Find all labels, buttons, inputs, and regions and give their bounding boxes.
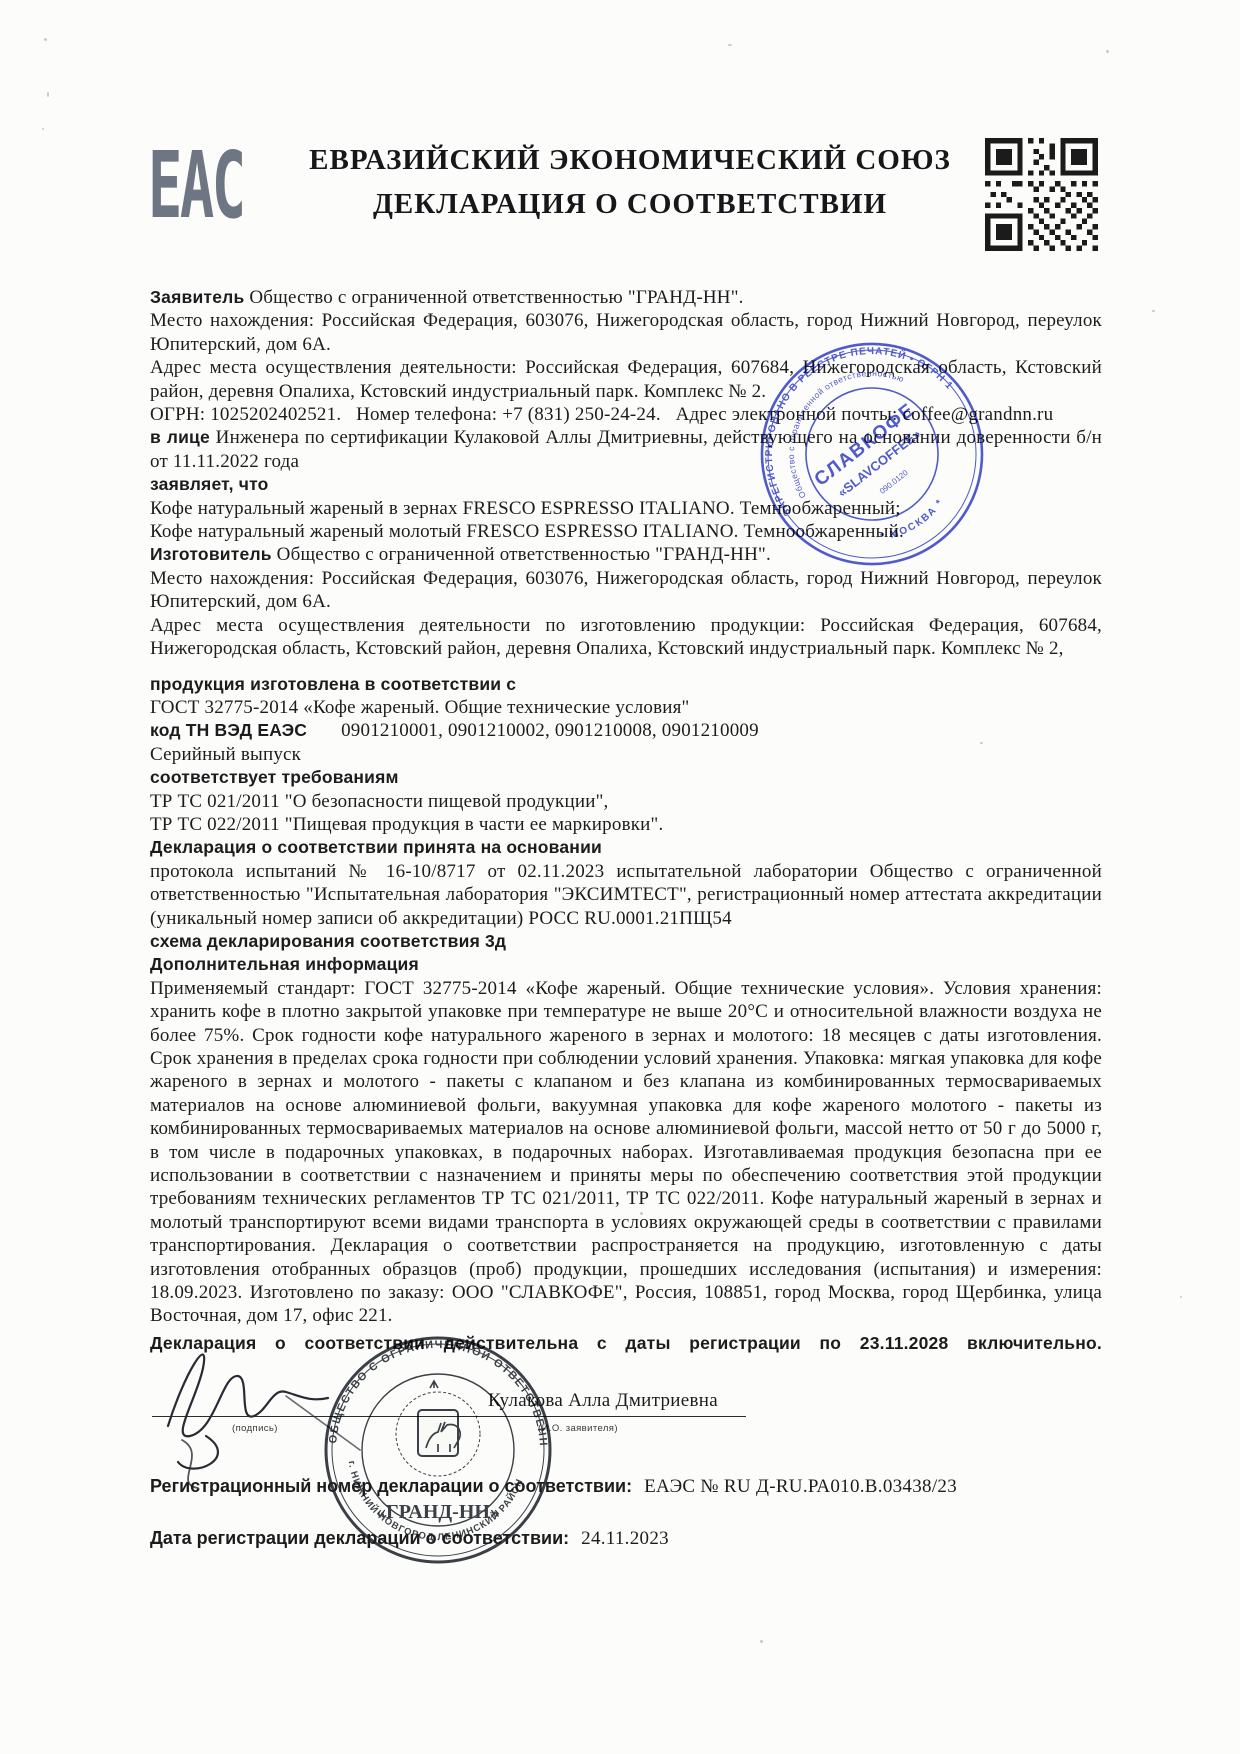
additional-info-text: Применяемый стандарт: ГОСТ 32775-2014 «К… — [150, 977, 1102, 1328]
document-header: ЕВРАЗИЙСКИЙ ЭКОНОМИЧЕСКИЙ СОЮЗ ДЕКЛАРАЦИ… — [280, 144, 980, 221]
scan-noise — [1180, 1296, 1182, 1298]
manufacturer-production-address: Адрес места осуществления деятельности п… — [150, 614, 1102, 661]
scan-noise — [47, 92, 49, 97]
signature-caption: (подпись) — [232, 1423, 278, 1434]
manufacturer-name: Общество с ограниченной ответственностью… — [277, 544, 771, 565]
applicant-ogrn-line: ОГРН: 1025202402521. Номер телефона: +7 … — [150, 403, 1102, 426]
scheme-line: схема декларирования соответствия 3д — [150, 930, 1102, 953]
applicant-label: Заявитель — [150, 287, 244, 307]
manufacturer-location: Место нахождения: Российская Федерация, … — [150, 567, 1102, 614]
declaration-document: EAC ЕВРАЗИЙСКИЙ ЭКОНОМИЧЕСКИЙ СОЮЗ ДЕКЛА… — [0, 0, 1240, 1754]
qr-code — [985, 138, 1098, 251]
product-item-1: Кофе натуральный жареный в зернах FRESCO… — [150, 497, 1102, 520]
tnved-line: код ТН ВЭД ЕАЭС0901210001, 0901210002, 0… — [150, 719, 1102, 742]
manufacturer-line: Изготовитель Общество с ограниченной отв… — [150, 543, 1102, 566]
gost-line: ГОСТ 32775-2014 «Кофе жареный. Общие тех… — [150, 696, 1102, 719]
scan-noise — [980, 742, 983, 744]
scheme-label: схема декларирования соответствия — [150, 931, 480, 951]
signature-line — [152, 1416, 746, 1417]
eac-logo: EAC — [148, 140, 244, 232]
scheme-value: 3д — [485, 931, 506, 951]
applicant-activity-address: Адрес места осуществления деятельности: … — [150, 356, 1102, 403]
tnved-label: код ТН ВЭД ЕАЭС — [150, 720, 307, 740]
representative-text: Инженера по сертификации Кулаковой Аллы … — [150, 427, 1102, 471]
representative-label: в лице — [150, 427, 210, 447]
signer-name-caption: (И.О. заявителя) — [538, 1423, 618, 1434]
scan-noise — [1106, 50, 1109, 53]
registration-number-value: ЕАЭС № RU Д-RU.РА010.В.03438/23 — [644, 1476, 957, 1497]
scan-noise — [728, 44, 732, 46]
manufacturer-label: Изготовитель — [150, 544, 272, 564]
tr-022-line: ТР ТС 022/2011 "Пищевая продукция в част… — [150, 813, 1102, 836]
scan-noise — [42, 128, 44, 130]
signer-name: Кулакова Алла Дмитриевна — [488, 1390, 718, 1412]
applicant-location: Место нахождения: Российская Федерация, … — [150, 309, 1102, 356]
registration-number-label: Регистрационный номер декларации о соотв… — [150, 1476, 632, 1496]
document-body: Заявитель Общество с ограниченной ответс… — [150, 286, 1102, 1355]
applicant-line: Заявитель Общество с ограниченной ответс… — [150, 286, 1102, 309]
scan-noise — [1152, 310, 1155, 312]
representative-line: в лице Инженера по сертификации Кулаково… — [150, 426, 1102, 473]
declares-heading: заявляет, что — [150, 473, 1102, 496]
scan-noise — [640, 1212, 643, 1215]
coat-of-arms-deer — [396, 1381, 480, 1476]
made-according-heading: продукция изготовлена в соответствии с — [150, 673, 1102, 696]
document-title: ДЕКЛАРАЦИЯ О СООТВЕТСТВИИ — [280, 188, 980, 221]
registration-date-label: Дата регистрации декларации о соответств… — [150, 1528, 569, 1548]
basis-text: протокола испытаний № 16-10/8717 от 02.1… — [150, 860, 1102, 930]
scan-noise — [44, 38, 47, 41]
product-item-2: Кофе натуральный жареный молотый FRESCO … — [150, 520, 1102, 543]
handwritten-signature — [148, 1322, 378, 1492]
tr-021-line: ТР ТС 021/2011 "О безопасности пищевой п… — [150, 790, 1102, 813]
meets-heading: соответствует требованиям — [150, 766, 1102, 789]
grandnn-stamp-name: «ГРАНД-НН» — [376, 1501, 500, 1523]
registration-date-line: Дата регистрации декларации о соответств… — [150, 1528, 669, 1550]
union-title: ЕВРАЗИЙСКИЙ ЭКОНОМИЧЕСКИЙ СОЮЗ — [280, 144, 980, 177]
scan-noise — [760, 1640, 763, 1643]
basis-heading: Декларация о соответствии принята на осн… — [150, 836, 1102, 859]
registration-number-line: Регистрационный номер декларации о соотв… — [150, 1476, 957, 1498]
registration-date-value: 24.11.2023 — [581, 1528, 669, 1549]
serial-line: Серийный выпуск — [150, 743, 1102, 766]
additional-info-heading: Дополнительная информация — [150, 953, 1102, 976]
tnved-codes: 0901210001, 0901210002, 0901210008, 0901… — [341, 720, 759, 741]
applicant-name: Общество с ограниченной ответственностью… — [249, 287, 743, 308]
